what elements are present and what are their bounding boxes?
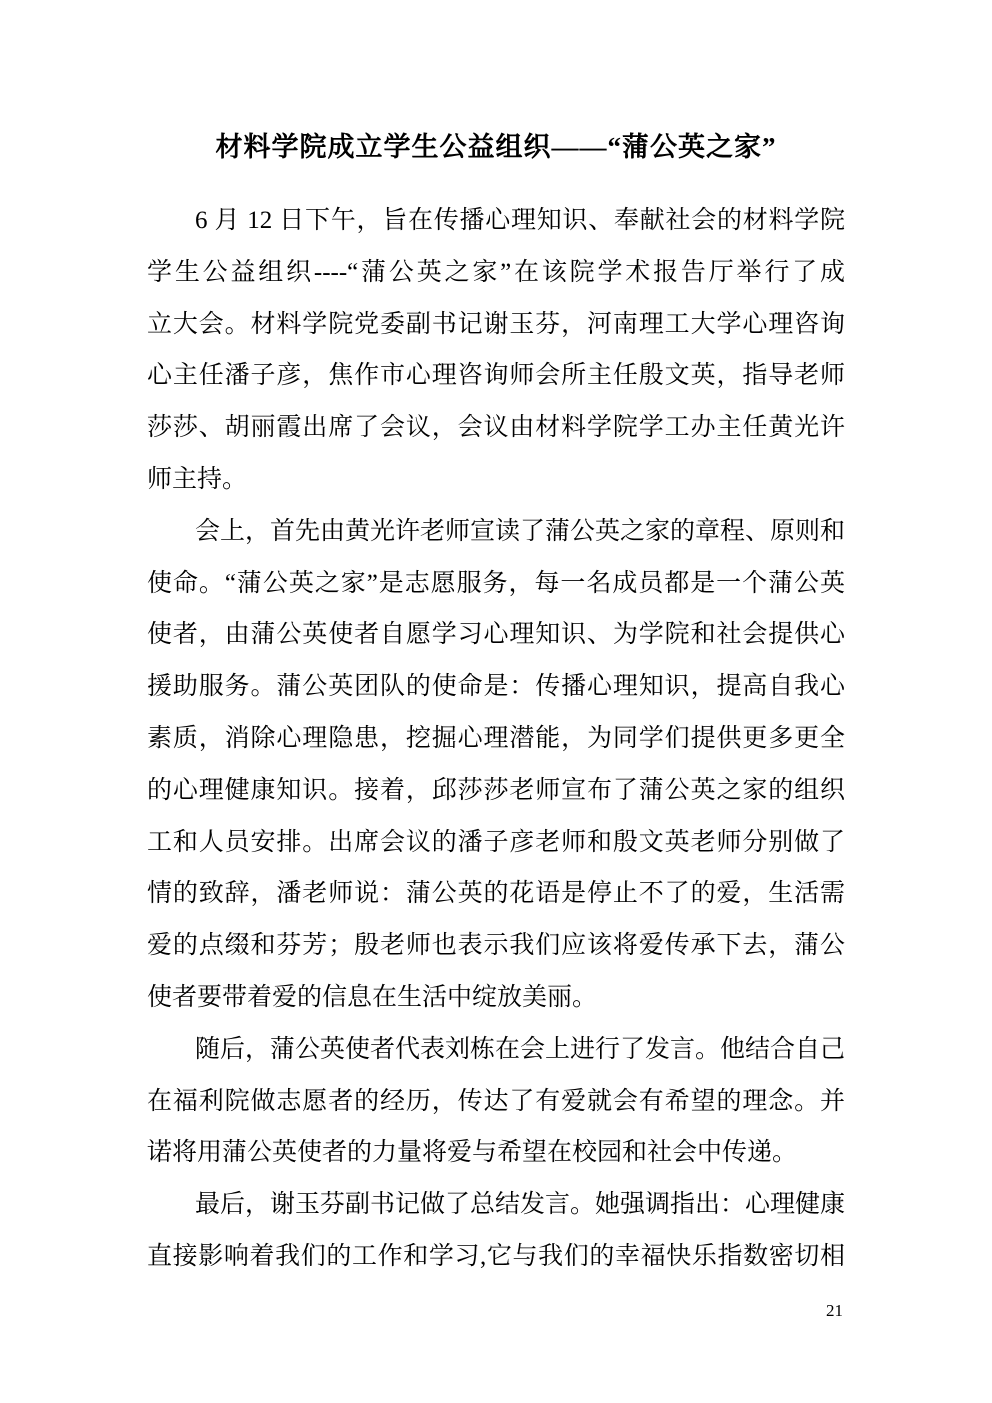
- text-line: 使者，由蒲公英使者自愿学习心理知识、为学院和社会提供心理: [147, 609, 845, 661]
- text-line: 使命。“蒲公英之家”是志愿服务，每一名成员都是一个蒲公英: [147, 558, 845, 610]
- paragraph: 会上，首先由黄光许老师宣读了蒲公英之家的章程、原则和使命。“蒲公英之家”是志愿服…: [147, 506, 845, 1024]
- document-title: 材料学院成立学生公益组织——“蒲公英之家”: [147, 124, 845, 170]
- text-line: 诺将用蒲公英使者的力量将爱与希望在校园和社会中传递。: [147, 1127, 845, 1179]
- text-line: 最后，谢玉芬副书记做了总结发言。她强调指出：心理健康: [147, 1179, 845, 1231]
- text-line: 会上，首先由黄光许老师宣读了蒲公英之家的章程、原则和: [147, 506, 845, 558]
- text-line: 立大会。材料学院党委副书记谢玉芬，河南理工大学心理咨询中: [147, 299, 845, 351]
- text-line: 师主持。: [147, 454, 845, 506]
- paragraph: 随后，蒲公英使者代表刘栋在会上进行了发言。他结合自己在福利院做志愿者的经历，传达…: [147, 1024, 845, 1179]
- text-line: 援助服务。蒲公英团队的使命是：传播心理知识，提高自我心理: [147, 661, 845, 713]
- text-line: 爱的点缀和芬芳；殷老师也表示我们应该将爱传承下去，蒲公英: [147, 920, 845, 972]
- text-line: 学生公益组织----“蒲公英之家”在该院学术报告厅举行了成: [147, 247, 845, 299]
- page-number: 21: [826, 1300, 843, 1322]
- paragraph: 最后，谢玉芬副书记做了总结发言。她强调指出：心理健康直接影响着我们的工作和学习,…: [147, 1179, 845, 1283]
- text-line: 使者要带着爱的信息在生活中绽放美丽。: [147, 972, 845, 1024]
- text-line: 心主任潘子彦，焦作市心理咨询师会所主任殷文英，指导老师邱: [147, 350, 845, 402]
- text-line: 6 月 12 日下午，旨在传播心理知识、奉献社会的材料学院: [147, 195, 845, 247]
- text-line: 随后，蒲公英使者代表刘栋在会上进行了发言。他结合自己: [147, 1024, 845, 1076]
- text-line: 直接影响着我们的工作和学习,它与我们的幸福快乐指数密切相: [147, 1231, 845, 1283]
- text-line: 的心理健康知识。接着，邱莎莎老师宣布了蒲公英之家的组织分: [147, 765, 845, 817]
- text-line: 在福利院做志愿者的经历，传达了有爱就会有希望的理念。并承: [147, 1076, 845, 1128]
- text-line: 莎莎、胡丽霞出席了会议，会议由材料学院学工办主任黄光许老: [147, 402, 845, 454]
- document-page: 材料学院成立学生公益组织——“蒲公英之家” 6 月 12 日下午，旨在传播心理知…: [0, 0, 992, 1403]
- text-line: 工和人员安排。出席会议的潘子彦老师和殷文英老师分别做了深: [147, 817, 845, 869]
- text-line: 素质，消除心理隐患，挖掘心理潜能，为同学们提供更多更全面: [147, 713, 845, 765]
- text-line: 情的致辞，潘老师说：蒲公英的花语是停止不了的爱，生活需要: [147, 868, 845, 920]
- paragraph: 6 月 12 日下午，旨在传播心理知识、奉献社会的材料学院学生公益组织----“…: [147, 195, 845, 506]
- document-body: 6 月 12 日下午，旨在传播心理知识、奉献社会的材料学院学生公益组织----“…: [147, 195, 845, 1283]
